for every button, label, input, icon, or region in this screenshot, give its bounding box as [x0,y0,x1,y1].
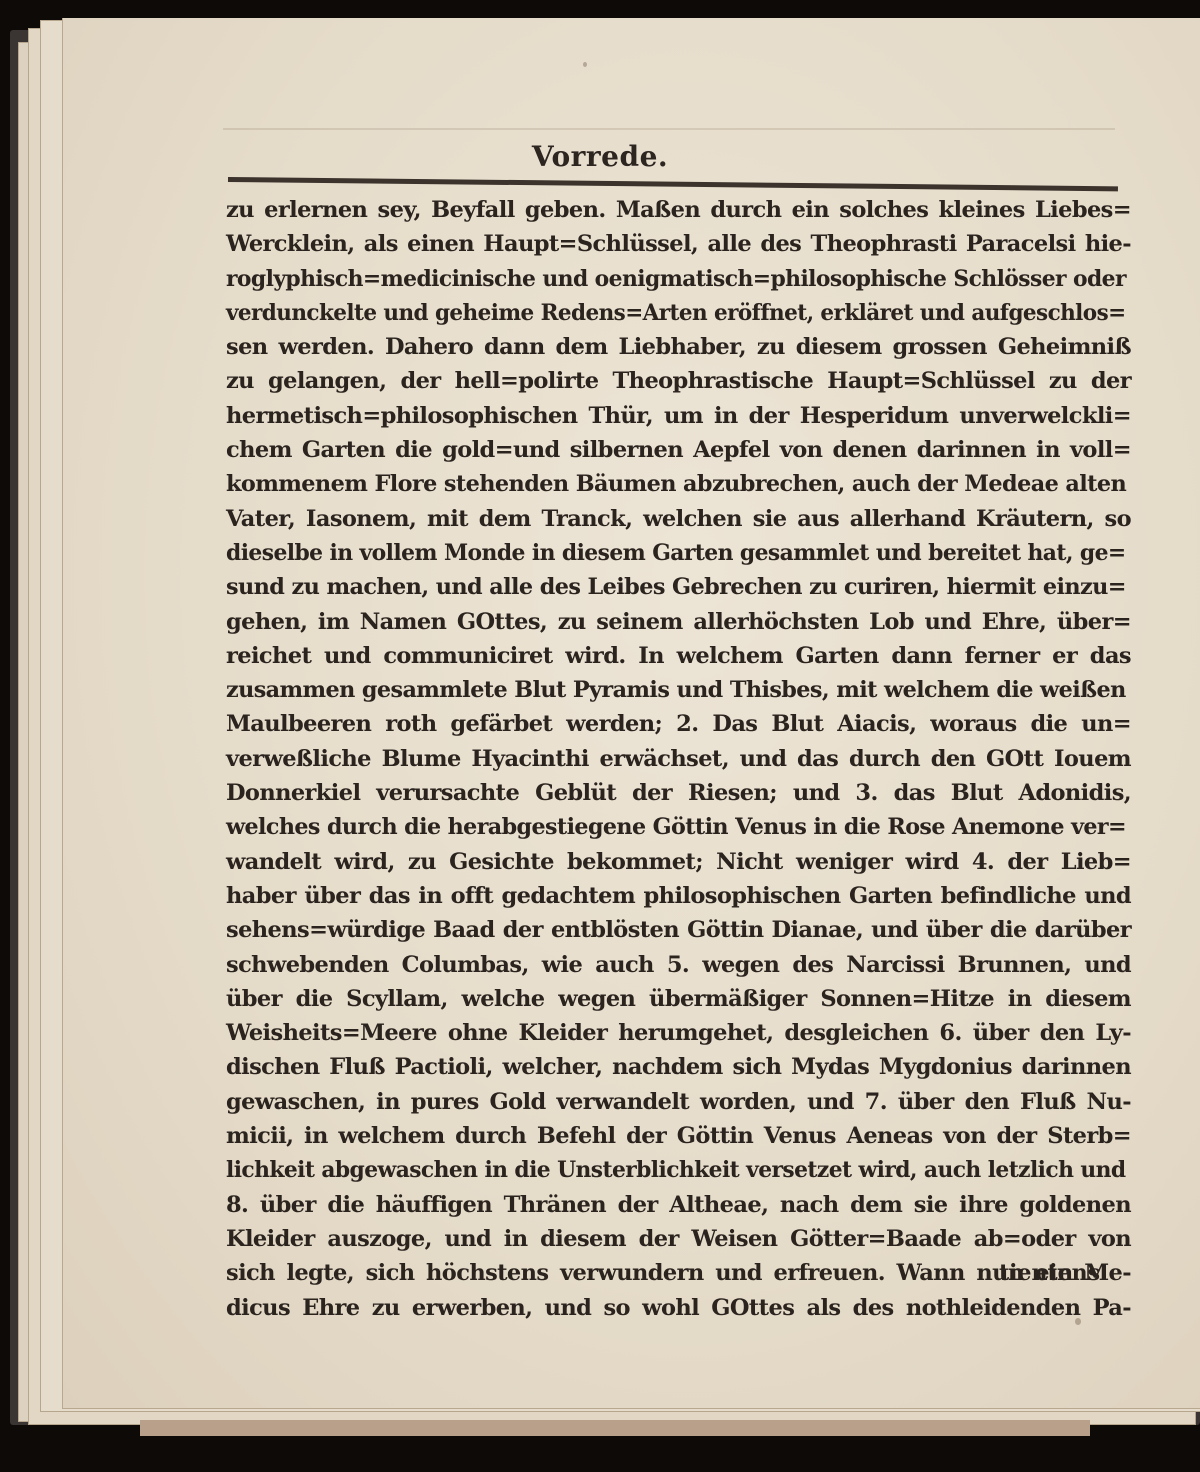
running-head: Vorrede. [0,140,1200,173]
underlying-page-strip [140,1420,1090,1436]
text-line: dieselbe in vollem Monde in diesem Garte… [226,536,1105,570]
body-text: zu erlernen sey, Beyfall geben. Maßen du… [226,193,1131,1325]
text-line: verweßliche Blume Hyacinthi erwächset, u… [226,742,1131,776]
text-line: dicus Ehre zu erwerben, und so wohl GOtt… [226,1291,1131,1325]
text-line: Donnerkiel verursachte Geblüt der Riesen… [226,776,1131,810]
text-line: gehen, im Namen GOttes, zu seinem allerh… [226,605,1131,639]
text-line: roglyphisch=medicinische und oenigmatisc… [226,262,1105,296]
text-line: gewaschen, in pures Gold verwandelt word… [226,1085,1131,1119]
text-line: Kleider auszoge, und in diesem der Weise… [226,1222,1131,1256]
text-line: 8. über die häuffigen Thränen der Althea… [226,1188,1131,1222]
text-line: Wercklein, als einen Haupt=Schlüssel, al… [226,227,1131,261]
paper-spot [583,62,587,67]
text-line: Vater, Iasonem, mit dem Tranck, welchen … [226,502,1131,536]
text-line: sen werden. Dahero dann dem Liebhaber, z… [226,330,1131,364]
text-line: welches durch die herabgestiegene Göttin… [226,810,1119,844]
text-line: Weisheits=Meere ohne Kleider herumgehet,… [226,1016,1131,1050]
text-line: sehens=würdige Baad der entblösten Götti… [226,913,1131,947]
text-line: lichkeit abgewaschen in die Unsterblichk… [226,1153,1103,1187]
text-line: chem Garten die gold=und silbernen Aepfe… [226,433,1131,467]
text-line: sich legte, sich höchstens verwundern un… [226,1256,1131,1290]
text-line: micii, in welchem durch Befehl der Götti… [226,1119,1131,1153]
text-line: dischen Fluß Pactioli, welcher, nachdem … [226,1050,1131,1084]
catchword: tientens [999,1260,1100,1286]
text-line: reichet und communiciret wird. In welche… [226,639,1131,673]
text-line: Maulbeeren roth gefärbet werden; 2. Das … [226,707,1131,741]
text-line: haber über das in offt gedachtem philoso… [226,879,1131,913]
text-line: über die Scyllam, welche wegen übermäßig… [226,982,1131,1016]
text-line: zu gelangen, der hell=polirte Theophrast… [226,364,1131,398]
text-line: hermetisch=philosophischen Thür, um in d… [226,399,1131,433]
text-line: wandelt wird, zu Gesichte bekommet; Nich… [226,845,1131,879]
text-line: kommenem Flore stehenden Bäumen abzubrec… [226,467,1125,501]
text-line: sund zu machen, und alle des Leibes Gebr… [226,570,1125,604]
text-line: zu erlernen sey, Beyfall geben. Maßen du… [226,193,1131,227]
text-line: schwebenden Columbas, wie auch 5. wegen … [226,948,1131,982]
text-line: zusammen gesammlete Blut Pyramis und Thi… [226,673,1123,707]
text-line: verdunckelte und geheime Redens=Arten er… [226,296,1092,330]
